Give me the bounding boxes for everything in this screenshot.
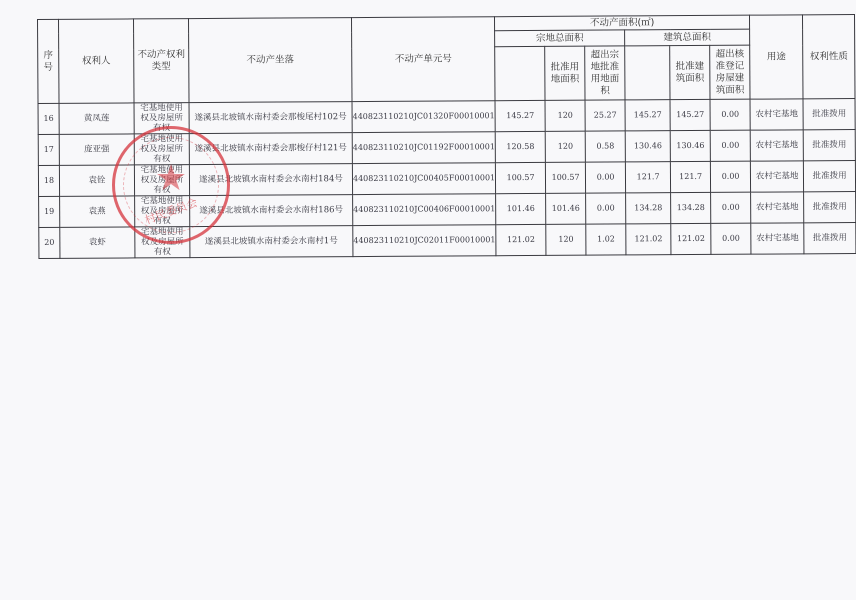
cell-land-approved: 120 xyxy=(545,100,585,131)
table-row: 18袁铨宅基地使用权及房屋所有权遂溪县北坡镇水南村委会水南村184号440823… xyxy=(38,161,855,197)
cell-building-total: 145.27 xyxy=(625,100,670,131)
header-right-type: 不动产权利类型 xyxy=(134,19,190,103)
table-row: 17庞亚强宅基地使用权及房屋所有权遂溪县北坡镇水南村委会那梭仔村121号4408… xyxy=(38,130,855,166)
header-unit-no: 不动产单元号 xyxy=(351,17,495,102)
cell-land-approved: 101.46 xyxy=(546,193,586,224)
cell-land-approved: 120 xyxy=(545,131,585,162)
cell-seq: 17 xyxy=(38,134,59,165)
cell-unit-no: 440823110210JC00406F00010001 xyxy=(353,194,496,226)
cell-usage: 农村宅基地 xyxy=(750,99,803,130)
header-owner: 权利人 xyxy=(59,19,135,103)
header-land-total-value xyxy=(495,46,545,100)
header-building-approved: 批准建筑面积 xyxy=(670,45,710,99)
cell-building-excess: 0.00 xyxy=(710,99,750,130)
cell-building-excess: 0.00 xyxy=(711,161,751,192)
cell-unit-no: 440823110210JC02011F00010001 xyxy=(353,225,496,257)
cell-land-total: 145.27 xyxy=(495,100,545,131)
header-land-approved: 批准用地面积 xyxy=(545,46,585,100)
cell-usage: 农村宅基地 xyxy=(751,161,804,192)
cell-building-total: 121.02 xyxy=(626,224,671,255)
cell-usage: 农村宅基地 xyxy=(750,130,803,161)
cell-land-excess: 0.00 xyxy=(586,162,626,193)
cell-building-excess: 0.00 xyxy=(710,130,750,161)
cell-land-total: 120.58 xyxy=(495,131,545,162)
cell-right-type: 宅基地使用权及房屋所有权 xyxy=(134,134,189,165)
cell-building-excess: 0.00 xyxy=(711,223,751,254)
cell-right-nature: 批准拨用 xyxy=(803,99,855,130)
cell-unit-no: 440823110210JC01320F00010001 xyxy=(352,101,495,133)
property-registration-table: 序 号 权利人 不动产权利类型 不动产坐落 不动产单元号 不动产面积(㎡) 用途… xyxy=(37,14,856,259)
header-building-total: 建筑总面积 xyxy=(625,29,750,46)
cell-unit-no: 440823110210JC00405F00010001 xyxy=(352,163,495,195)
document-page: 序 号 权利人 不动产权利类型 不动产坐落 不动产单元号 不动产面积(㎡) 用途… xyxy=(0,0,856,600)
header-location: 不动产坐落 xyxy=(189,18,353,103)
cell-seq: 18 xyxy=(38,165,59,196)
cell-building-approved: 134.28 xyxy=(671,192,711,223)
cell-building-total: 130.46 xyxy=(625,131,670,162)
header-seq: 序 号 xyxy=(38,19,60,103)
table-row: 16黄凤莲宅基地使用权及房屋所有权遂溪县北坡镇水南村委会那梭尾村102号4408… xyxy=(38,99,855,135)
header-building-total-value xyxy=(625,46,670,100)
cell-seq: 19 xyxy=(39,196,60,227)
cell-location: 遂溪县北坡镇水南村委会水南村184号 xyxy=(189,164,352,196)
cell-right-type: 宅基地使用权及房屋所有权 xyxy=(134,165,189,196)
cell-usage: 农村宅基地 xyxy=(751,192,804,223)
cell-owner: 庞亚强 xyxy=(59,134,134,165)
cell-unit-no: 440823110210JC01192F00010001 xyxy=(352,132,495,164)
cell-seq: 20 xyxy=(39,227,60,258)
cell-right-type: 宅基地使用权及房屋所有权 xyxy=(134,103,189,134)
header-land-total: 宗地总面积 xyxy=(495,30,625,47)
cell-location: 遂溪县北坡镇水南村委会水南村186号 xyxy=(190,195,353,227)
cell-land-total: 101.46 xyxy=(496,193,546,224)
cell-usage: 农村宅基地 xyxy=(751,223,804,254)
cell-building-approved: 121.02 xyxy=(671,223,711,254)
cell-right-nature: 批准拨用 xyxy=(803,130,855,161)
cell-land-excess: 1.02 xyxy=(586,224,626,255)
cell-land-excess: 0.00 xyxy=(586,193,626,224)
cell-building-total: 134.28 xyxy=(626,193,671,224)
cell-location: 遂溪县北坡镇水南村委会水南村1号 xyxy=(190,226,353,258)
cell-land-excess: 25.27 xyxy=(585,100,625,131)
cell-building-approved: 130.46 xyxy=(670,130,710,161)
header-building-excess: 超出核准登记房屋建筑面积 xyxy=(710,45,750,99)
cell-building-excess: 0.00 xyxy=(711,192,751,223)
header-right-nature: 权利性质 xyxy=(803,15,856,99)
header-area-group: 不动产面积(㎡) xyxy=(495,15,750,31)
table-row: 19袁燕宅基地使用权及房屋所有权遂溪县北坡镇水南村委会水南村186号440823… xyxy=(39,192,856,228)
cell-right-nature: 批准拨用 xyxy=(804,192,856,223)
table-row: 20袁虾宅基地使用权及房屋所有权遂溪县北坡镇水南村委会水南村1号44082311… xyxy=(39,223,856,259)
cell-right-nature: 批准拨用 xyxy=(804,161,856,192)
cell-land-total: 100.57 xyxy=(496,162,546,193)
cell-owner: 袁燕 xyxy=(60,196,135,227)
cell-location: 遂溪县北坡镇水南村委会那梭仔村121号 xyxy=(189,133,352,165)
cell-land-total: 121.02 xyxy=(496,224,546,255)
cell-location: 遂溪县北坡镇水南村委会那梭尾村102号 xyxy=(189,102,352,134)
cell-owner: 黄凤莲 xyxy=(59,103,134,134)
cell-building-approved: 121.7 xyxy=(671,161,711,192)
cell-land-excess: 0.58 xyxy=(585,131,625,162)
cell-right-type: 宅基地使用权及房屋所有权 xyxy=(135,227,190,258)
cell-building-approved: 145.27 xyxy=(670,99,710,130)
cell-owner: 袁虾 xyxy=(60,227,135,258)
cell-right-nature: 批准拨用 xyxy=(804,223,856,254)
cell-right-type: 宅基地使用权及房屋所有权 xyxy=(135,196,190,227)
cell-land-approved: 100.57 xyxy=(546,162,586,193)
cell-building-total: 121.7 xyxy=(626,162,671,193)
cell-owner: 袁铨 xyxy=(59,165,134,196)
header-usage: 用途 xyxy=(750,15,804,99)
cell-land-approved: 120 xyxy=(546,224,586,255)
header-land-excess: 超出宗地批准用地面积 xyxy=(585,46,625,100)
cell-seq: 16 xyxy=(38,103,59,134)
